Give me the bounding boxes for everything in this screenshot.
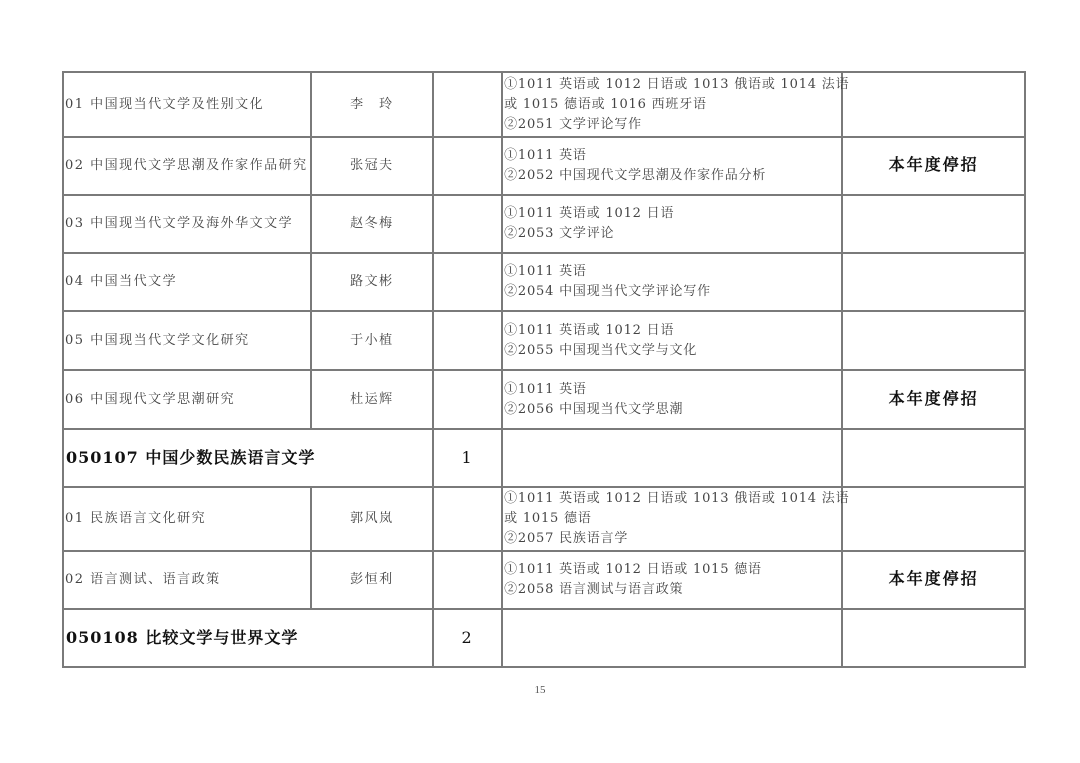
- research-direction: 04 中国当代文学: [63, 253, 311, 311]
- enrollment-count: [433, 487, 502, 551]
- exam-subjects: ①1011 英语或 1012 日语或 1015 德语 ②2058 语言测试与语言…: [502, 551, 842, 609]
- remark: [842, 429, 1025, 487]
- page-number: 15: [0, 684, 1080, 696]
- tutor-name: 于小植: [311, 311, 433, 370]
- tutor-name: 张冠夫: [311, 137, 433, 195]
- exam-subjects: ①1011 英语 ②2054 中国现当代文学评论写作: [502, 253, 842, 311]
- exam-line: ①1011 英语或 1012 日语或 1015 德语: [504, 560, 839, 580]
- remark: [842, 253, 1025, 311]
- exam-line: ②2056 中国现当代文学思潮: [504, 400, 839, 420]
- research-direction: 03 中国现当代文学及海外华文文学: [63, 195, 311, 253]
- table-row: 01 中国现当代文学及性别文化 李 玲 ①1011 英语或 1012 日语或 1…: [63, 72, 1025, 137]
- exam-line: ①1011 英语或 1012 日语: [504, 321, 839, 341]
- tutor-name: 郭风岚: [311, 487, 433, 551]
- exam-line: ②2052 中国现代文学思潮及作家作品分析: [504, 166, 839, 186]
- suspended-status: 本年度停招: [889, 569, 979, 588]
- exam-line: 或 1015 德语或 1016 西班牙语: [504, 95, 839, 115]
- exam-line: ②2054 中国现当代文学评论写作: [504, 282, 839, 302]
- suspended-status: 本年度停招: [889, 389, 979, 408]
- exam-line: ②2058 语言测试与语言政策: [504, 580, 839, 600]
- enrollment-count: [433, 253, 502, 311]
- remark: 本年度停招: [842, 137, 1025, 195]
- remark: [842, 311, 1025, 370]
- exam-subjects: ①1011 英语或 1012 日语 ②2053 文学评论: [502, 195, 842, 253]
- research-direction: 06 中国现代文学思潮研究: [63, 370, 311, 429]
- exam-line: ①1011 英语或 1012 日语: [504, 204, 839, 224]
- research-direction: 01 中国现当代文学及性别文化: [63, 72, 311, 137]
- exam-line: ②2053 文学评论: [504, 224, 839, 244]
- enrollment-count: [433, 370, 502, 429]
- suspended-status: 本年度停招: [889, 155, 979, 174]
- exam-subjects: ①1011 英语 ②2056 中国现当代文学思潮: [502, 370, 842, 429]
- major-title: 050107 中国少数民族语言文学: [63, 429, 433, 487]
- exam-subjects: [502, 609, 842, 667]
- table-row: 02 中国现代文学思潮及作家作品研究 张冠夫 ①1011 英语 ②2052 中国…: [63, 137, 1025, 195]
- remark: 本年度停招: [842, 370, 1025, 429]
- table-row: 06 中国现代文学思潮研究 杜运辉 ①1011 英语 ②2056 中国现当代文学…: [63, 370, 1025, 429]
- table-row: 02 语言测试、语言政策 彭恒利 ①1011 英语或 1012 日语或 1015…: [63, 551, 1025, 609]
- exam-line: ②2051 文学评论写作: [504, 115, 839, 135]
- exam-line: ①1011 英语: [504, 146, 839, 166]
- exam-line: ②2055 中国现当代文学与文化: [504, 341, 839, 361]
- research-direction: 05 中国现当代文学文化研究: [63, 311, 311, 370]
- research-direction: 01 民族语言文化研究: [63, 487, 311, 551]
- major-enrollment-count: 2: [433, 609, 502, 667]
- remark: [842, 72, 1025, 137]
- remark: 本年度停招: [842, 551, 1025, 609]
- enrollment-count: [433, 195, 502, 253]
- exam-line: ①1011 英语: [504, 262, 839, 282]
- tutor-name: 彭恒利: [311, 551, 433, 609]
- exam-subjects: ①1011 英语或 1012 日语或 1013 俄语或 1014 法语 或 10…: [502, 487, 842, 551]
- tutor-name: 杜运辉: [311, 370, 433, 429]
- major-title: 050108 比较文学与世界文学: [63, 609, 433, 667]
- exam-line: ②2057 民族语言学: [504, 529, 839, 549]
- exam-line: 或 1015 德语: [504, 509, 839, 529]
- exam-line: ①1011 英语或 1012 日语或 1013 俄语或 1014 法语: [504, 75, 839, 95]
- major-row: 050108 比较文学与世界文学 2: [63, 609, 1025, 667]
- major-row: 050107 中国少数民族语言文学 1: [63, 429, 1025, 487]
- research-direction: 02 语言测试、语言政策: [63, 551, 311, 609]
- research-direction: 02 中国现代文学思潮及作家作品研究: [63, 137, 311, 195]
- remark: [842, 609, 1025, 667]
- table-row: 03 中国现当代文学及海外华文文学 赵冬梅 ①1011 英语或 1012 日语 …: [63, 195, 1025, 253]
- exam-subjects: ①1011 英语或 1012 日语 ②2055 中国现当代文学与文化: [502, 311, 842, 370]
- table-row: 05 中国现当代文学文化研究 于小植 ①1011 英语或 1012 日语 ②20…: [63, 311, 1025, 370]
- remark: [842, 195, 1025, 253]
- major-enrollment-count: 1: [433, 429, 502, 487]
- enrollment-table: 01 中国现当代文学及性别文化 李 玲 ①1011 英语或 1012 日语或 1…: [62, 71, 1026, 668]
- table-row: 04 中国当代文学 路文彬 ①1011 英语 ②2054 中国现当代文学评论写作: [63, 253, 1025, 311]
- enrollment-count: [433, 137, 502, 195]
- enrollment-count: [433, 551, 502, 609]
- exam-subjects: ①1011 英语或 1012 日语或 1013 俄语或 1014 法语 或 10…: [502, 72, 842, 137]
- tutor-name: 路文彬: [311, 253, 433, 311]
- exam-line: ①1011 英语: [504, 380, 839, 400]
- tutor-name: 李 玲: [311, 72, 433, 137]
- exam-line: ①1011 英语或 1012 日语或 1013 俄语或 1014 法语: [504, 489, 839, 509]
- exam-subjects: ①1011 英语 ②2052 中国现代文学思潮及作家作品分析: [502, 137, 842, 195]
- enrollment-count: [433, 311, 502, 370]
- tutor-name: 赵冬梅: [311, 195, 433, 253]
- remark: [842, 487, 1025, 551]
- table-row: 01 民族语言文化研究 郭风岚 ①1011 英语或 1012 日语或 1013 …: [63, 487, 1025, 551]
- exam-subjects: [502, 429, 842, 487]
- enrollment-count: [433, 72, 502, 137]
